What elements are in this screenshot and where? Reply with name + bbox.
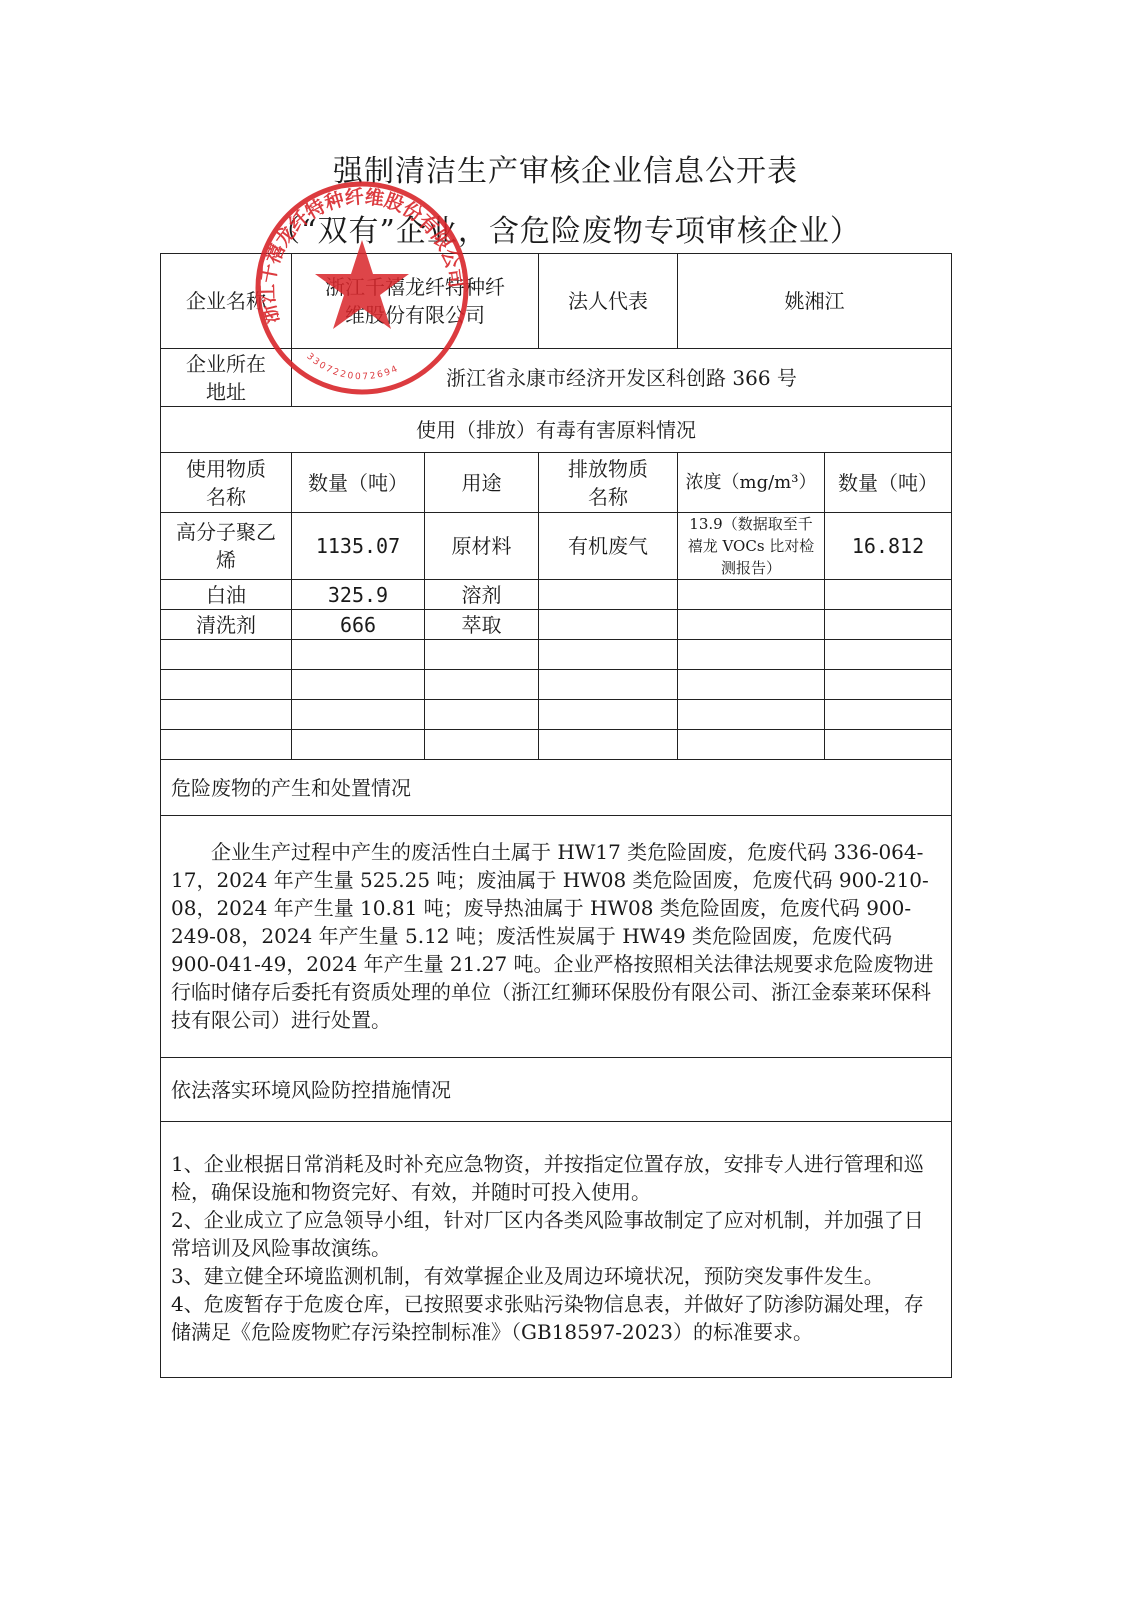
cell: 高分子聚乙烯 <box>161 513 292 580</box>
legal-rep-label: 法人代表 <box>539 254 678 349</box>
table-row <box>161 730 952 760</box>
cell <box>539 580 678 610</box>
cell: 13.9（数据取至千禧龙 VOCs 比对检测报告） <box>678 513 825 580</box>
header-usage: 用途 <box>425 453 539 513</box>
company-name-label: 企业名称 <box>161 254 292 349</box>
address-label: 企业所在地址 <box>161 349 292 407</box>
cell: 溶剂 <box>425 580 539 610</box>
materials-section-title: 使用（排放）有毒有害原料情况 <box>161 407 952 453</box>
table-row: 白油 325.9 溶剂 <box>161 580 952 610</box>
cell: 1135.07 <box>292 513 425 580</box>
document-subtitle: （“双有”企业，含危险废物专项审核企业） <box>0 206 1131 250</box>
hazardous-waste-section-title: 危险废物的产生和处置情况 <box>161 760 952 816</box>
company-name-value: 浙江千禧龙纤特种纤维股份有限公司 <box>292 254 539 349</box>
cell <box>425 700 539 730</box>
cell: 原材料 <box>425 513 539 580</box>
materials-section-row: 使用（排放）有毒有害原料情况 <box>161 407 952 453</box>
cell: 325.9 <box>292 580 425 610</box>
table-row <box>161 700 952 730</box>
cell <box>825 700 952 730</box>
info-table: 企业名称 浙江千禧龙纤特种纤维股份有限公司 法人代表 姚湘江 企业所在地址 浙江… <box>160 253 952 1378</box>
document-title: 强制清洁生产审核企业信息公开表 <box>0 146 1131 190</box>
cell: 清洗剂 <box>161 610 292 640</box>
table-row: 高分子聚乙烯 1135.07 原材料 有机废气 13.9（数据取至千禧龙 VOC… <box>161 513 952 580</box>
hazardous-waste-content-row: 企业生产过程中产生的废活性白土属于 HW17 类危险固废，危废代码 336-06… <box>161 816 952 1058</box>
cell <box>678 580 825 610</box>
cell <box>539 700 678 730</box>
address-row: 企业所在地址 浙江省永康市经济开发区科创路 366 号 <box>161 349 952 407</box>
cell <box>678 640 825 670</box>
cell <box>292 730 425 760</box>
table-row <box>161 640 952 670</box>
cell <box>825 610 952 640</box>
cell: 666 <box>292 610 425 640</box>
company-row: 企业名称 浙江千禧龙纤特种纤维股份有限公司 法人代表 姚湘江 <box>161 254 952 349</box>
cell <box>678 730 825 760</box>
cell <box>292 670 425 700</box>
legal-rep-value: 姚湘江 <box>678 254 952 349</box>
cell: 有机废气 <box>539 513 678 580</box>
cell <box>825 580 952 610</box>
cell <box>539 640 678 670</box>
cell <box>825 670 952 700</box>
header-emission: 排放物质名称 <box>539 453 678 513</box>
risk-control-content-row: 1、企业根据日常消耗及时补充应急物资，并按指定位置存放，安排专人进行管理和巡检，… <box>161 1122 952 1378</box>
cell <box>292 700 425 730</box>
cell: 16.812 <box>825 513 952 580</box>
cell <box>539 670 678 700</box>
cell: 白油 <box>161 580 292 610</box>
cell <box>161 640 292 670</box>
address-value: 浙江省永康市经济开发区科创路 366 号 <box>292 349 952 407</box>
cell <box>292 640 425 670</box>
cell <box>425 640 539 670</box>
cell <box>425 670 539 700</box>
header-concentration: 浓度（mg/m³） <box>678 453 825 513</box>
cell <box>825 730 952 760</box>
cell <box>539 610 678 640</box>
risk-control-item-1: 1、企业根据日常消耗及时补充应急物资，并按指定位置存放，安排专人进行管理和巡检，… <box>171 1150 941 1206</box>
cell <box>425 730 539 760</box>
risk-control-item-2: 2、企业成立了应急领导小组，针对厂区内各类风险事故制定了应对机制，并加强了日常培… <box>171 1206 941 1262</box>
hazardous-waste-section-row: 危险废物的产生和处置情况 <box>161 760 952 816</box>
cell <box>678 670 825 700</box>
risk-control-section-row: 依法落实环境风险防控措施情况 <box>161 1058 952 1122</box>
header-substance: 使用物质名称 <box>161 453 292 513</box>
cell <box>678 700 825 730</box>
cell <box>161 670 292 700</box>
materials-header-row: 使用物质名称 数量（吨） 用途 排放物质名称 浓度（mg/m³） 数量（吨） <box>161 453 952 513</box>
cell <box>161 730 292 760</box>
cell <box>161 700 292 730</box>
cell: 萃取 <box>425 610 539 640</box>
cell <box>678 610 825 640</box>
risk-control-item-3: 3、建立健全环境监测机制，有效掌握企业及周边环境状况，预防突发事件发生。 <box>171 1262 941 1290</box>
header-quantity: 数量（吨） <box>292 453 425 513</box>
cell <box>825 640 952 670</box>
table-row <box>161 670 952 700</box>
cell <box>539 730 678 760</box>
risk-control-section-title: 依法落实环境风险防控措施情况 <box>161 1058 952 1122</box>
risk-control-item-4: 4、危废暂存于危废仓库，已按照要求张贴污染物信息表，并做好了防渗防漏处理，存储满… <box>171 1290 941 1346</box>
header-emission-quantity: 数量（吨） <box>825 453 952 513</box>
table-row: 清洗剂 666 萃取 <box>161 610 952 640</box>
hazardous-waste-text: 企业生产过程中产生的废活性白土属于 HW17 类危险固废，危废代码 336-06… <box>171 838 941 1034</box>
